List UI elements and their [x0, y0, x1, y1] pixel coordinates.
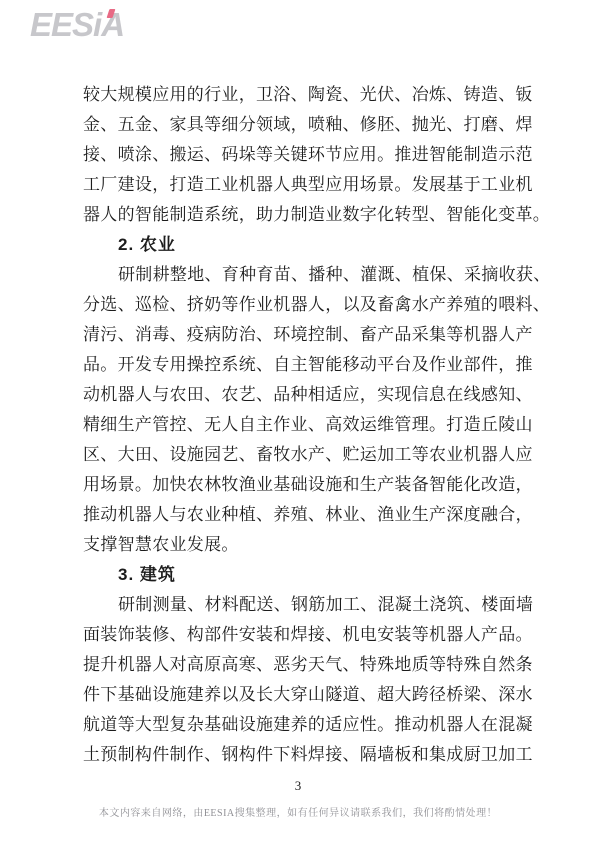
- text-line: 器人的智能制造系统，助力制造业数字化转型、智能化变革。: [83, 200, 515, 230]
- text-line: 接、喷涂、搬运、码垛等关键环节应用。推进智能制造示范: [83, 140, 515, 170]
- text-line: 工厂建设，打造工业机器人典型应用场景。发展基于工业机: [83, 170, 515, 200]
- section-heading-construction: 3. 建筑: [83, 560, 515, 590]
- text-line: 区、大田、设施园艺、畜牧水产、贮运加工等农业机器人应: [83, 440, 515, 470]
- text-line: 件下基础设施建养以及长大穿山隧道、超大跨径桥梁、深水: [83, 680, 515, 710]
- text-line: 面装饰装修、构部件安装和焊接、机电安装等机器人产品。: [83, 620, 515, 650]
- text-line: 支撑智慧农业发展。: [83, 530, 515, 560]
- document-page: EESiA 较大规模应用的行业，卫浴、陶瓷、光伏、冶炼、铸造、钣 金、五金、家具…: [0, 0, 596, 842]
- text-line: 用场景。加快农林牧渔业基础设施和生产装备智能化改造，: [83, 470, 515, 500]
- text-line: 动机器人与农田、农艺、品种相适应，实现信息在线感知、: [83, 380, 515, 410]
- text-line: 土预制构件制作、钢构件下料焊接、隔墙板和集成厨卫加工: [83, 740, 515, 770]
- section-heading-agriculture: 2. 农业: [83, 230, 515, 260]
- eesia-logo: EESiA: [30, 6, 124, 44]
- text-line: 推动机器人与农业种植、养殖、林业、渔业生产深度融合，: [83, 500, 515, 530]
- text-line: 分选、巡检、挤奶等作业机器人，以及畜禽水产养殖的喂料、: [83, 290, 515, 320]
- text-line: 金、五金、家具等细分领域，喷釉、修胚、抛光、打磨、焊: [83, 110, 515, 140]
- footer-disclaimer: 本文内容来自网络，由EESIA搜集整理，如有任何异议请联系我们，我们将酌情处理！: [0, 804, 596, 819]
- text-line: 较大规模应用的行业，卫浴、陶瓷、光伏、冶炼、铸造、钣: [83, 80, 515, 110]
- text-line: 精细生产管控、无人自主作业、高效运维管理。打造丘陵山: [83, 410, 515, 440]
- text-line: 清污、消毒、疫病防治、环境控制、畜产品采集等机器人产: [83, 320, 515, 350]
- text-line: 航道等大型复杂基础设施建养的适应性。推动机器人在混凝: [83, 710, 515, 740]
- page-number: 3: [0, 778, 596, 794]
- text-line: 提升机器人对高原高寒、恶劣天气、特殊地质等特殊自然条: [83, 650, 515, 680]
- document-body: 较大规模应用的行业，卫浴、陶瓷、光伏、冶炼、铸造、钣 金、五金、家具等细分领域，…: [83, 80, 515, 770]
- text-line: 品。开发专用操控系统、自主智能移动平台及作业部件，推: [83, 350, 515, 380]
- text-line: 研制测量、材料配送、钢筋加工、混凝土浇筑、楼面墙: [83, 590, 515, 620]
- text-line: 研制耕整地、育种育苗、播种、灌溉、植保、采摘收获、: [83, 260, 515, 290]
